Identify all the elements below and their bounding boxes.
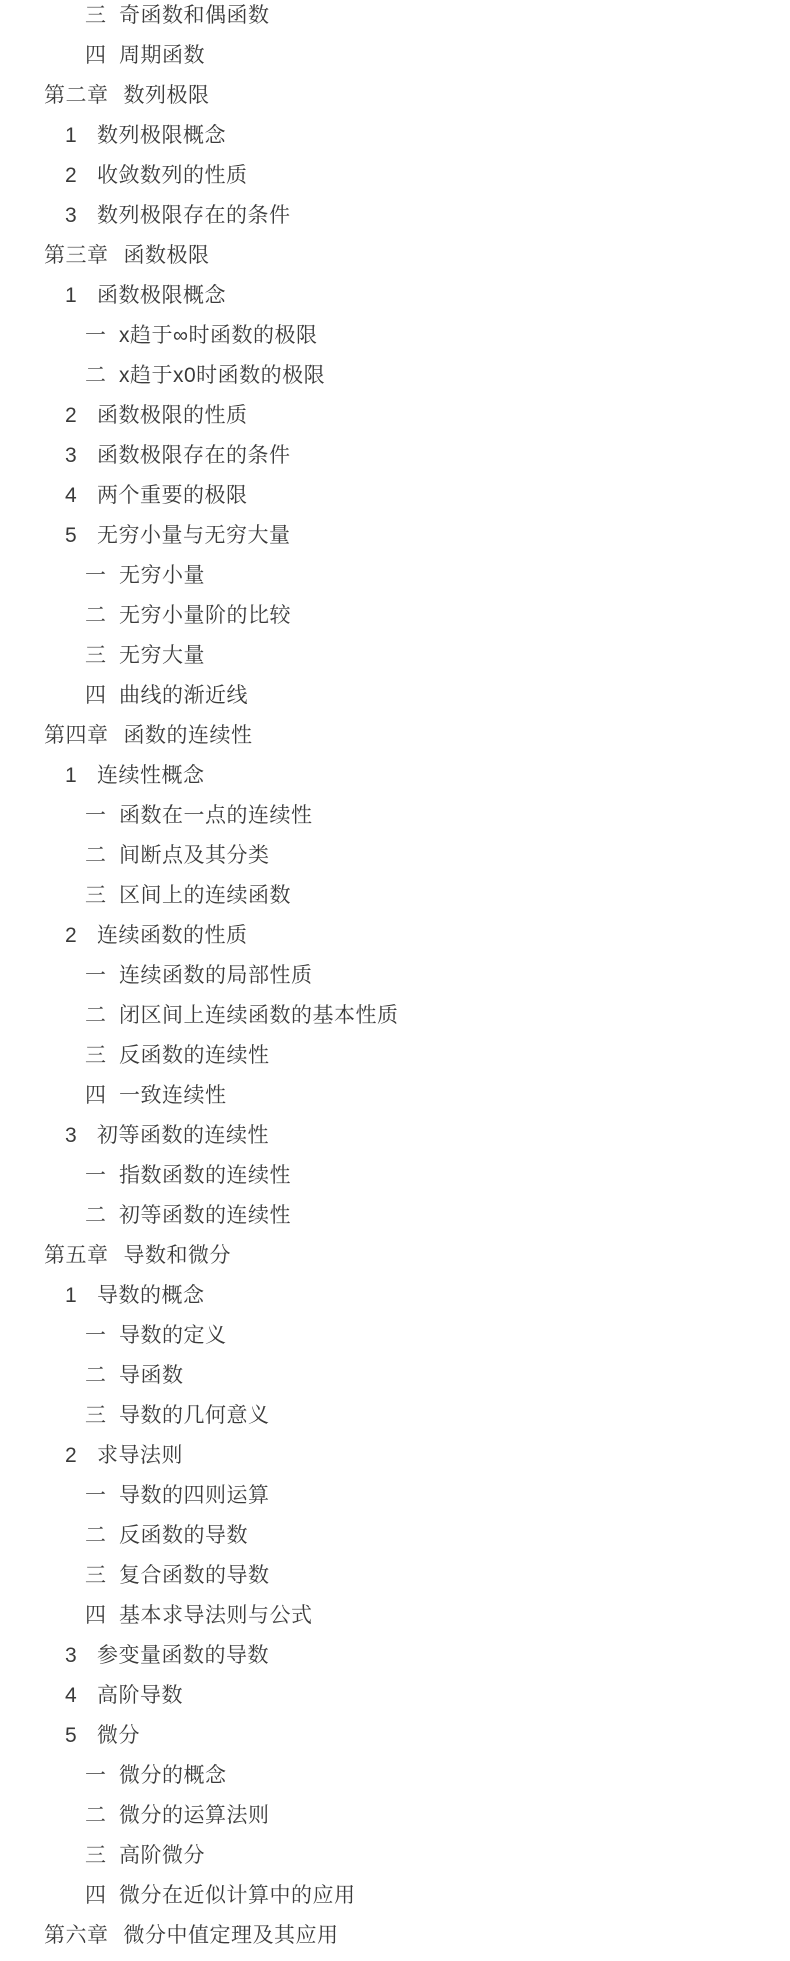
toc-item-subsection: 四曲线的渐近线	[0, 676, 790, 716]
toc-item-title: 导数的定义	[119, 1316, 227, 1356]
toc-item-title: 无穷小量与无穷大量	[97, 516, 291, 556]
toc-item-title: 函数极限	[124, 236, 210, 276]
toc-item-section: 2函数极限的性质	[0, 396, 790, 436]
toc-item-subsection: 三反函数的连续性	[0, 1036, 790, 1076]
toc-item-section: 1连续性概念	[0, 756, 790, 796]
toc-item-marker: 二	[85, 1516, 119, 1556]
toc-item-marker: 二	[85, 356, 119, 396]
toc-item-title: 基本求导法则与公式	[119, 1596, 313, 1636]
toc-item-section: 2收敛数列的性质	[0, 156, 790, 196]
toc-item-marker: 二	[85, 1796, 119, 1836]
toc-item-title: 复合函数的导数	[119, 1556, 270, 1596]
toc-item-title: 函数极限的性质	[97, 396, 248, 436]
toc-item-marker: 3	[65, 196, 97, 236]
toc-item-title: 导数的四则运算	[119, 1476, 270, 1516]
toc-item-subsection: 一x趋于∞时函数的极限	[0, 316, 790, 356]
toc-item-title: 区间上的连续函数	[119, 876, 291, 916]
toc-item-marker: 2	[65, 156, 97, 196]
toc-item-title: 连续性概念	[97, 756, 205, 796]
toc-item-title: 微分	[97, 1716, 140, 1756]
toc-item-marker: 一	[85, 1316, 119, 1356]
toc-item-marker: 2	[65, 1436, 97, 1476]
toc-item-title: 收敛数列的性质	[97, 156, 248, 196]
toc-item-subsection: 四周期函数	[0, 36, 790, 76]
toc-item-marker: 5	[65, 516, 97, 556]
toc-item-title: 初等函数的连续性	[119, 1196, 291, 1236]
table-of-contents: 三奇函数和偶函数四周期函数第二章数列极限1数列极限概念2收敛数列的性质3数列极限…	[0, 0, 790, 1956]
toc-item-title: 无穷小量阶的比较	[119, 596, 291, 636]
toc-item-title: 一致连续性	[119, 1076, 227, 1116]
toc-item-marker: 二	[85, 1196, 119, 1236]
toc-item-title: 反函数的连续性	[119, 1036, 270, 1076]
toc-item-chapter: 第六章微分中值定理及其应用	[0, 1916, 790, 1956]
toc-page: 三奇函数和偶函数四周期函数第二章数列极限1数列极限概念2收敛数列的性质3数列极限…	[0, 0, 790, 1961]
toc-item-subsection: 一导数的定义	[0, 1316, 790, 1356]
toc-item-marker: 一	[85, 316, 119, 356]
toc-item-marker: 三	[85, 1836, 119, 1876]
toc-item-marker: 二	[85, 596, 119, 636]
toc-item-chapter: 第五章导数和微分	[0, 1236, 790, 1276]
toc-item-marker: 二	[85, 996, 119, 1036]
toc-item-subsection: 一无穷小量	[0, 556, 790, 596]
toc-item-marker: 3	[65, 1116, 97, 1156]
toc-item-title: 连续函数的局部性质	[119, 956, 313, 996]
toc-item-title: 周期函数	[119, 36, 205, 76]
toc-item-marker: 一	[85, 1476, 119, 1516]
toc-item-title: 微分中值定理及其应用	[124, 1916, 339, 1956]
toc-item-title: x趋于∞时函数的极限	[119, 316, 317, 356]
toc-item-marker: 四	[85, 1076, 119, 1116]
toc-item-title: 微分的概念	[119, 1756, 227, 1796]
toc-item-subsection: 一连续函数的局部性质	[0, 956, 790, 996]
toc-item-section: 5无穷小量与无穷大量	[0, 516, 790, 556]
toc-item-chapter: 第二章数列极限	[0, 76, 790, 116]
toc-item-marker: 4	[65, 1676, 97, 1716]
toc-item-marker: 第六章	[44, 1916, 109, 1956]
toc-item-marker: 2	[65, 916, 97, 956]
toc-item-subsection: 二初等函数的连续性	[0, 1196, 790, 1236]
toc-item-marker: 第四章	[44, 716, 109, 756]
toc-item-marker: 三	[85, 636, 119, 676]
toc-item-section: 2求导法则	[0, 1436, 790, 1476]
toc-item-marker: 1	[65, 116, 97, 156]
toc-item-subsection: 三无穷大量	[0, 636, 790, 676]
toc-item-marker: 第二章	[44, 76, 109, 116]
toc-item-subsection: 三奇函数和偶函数	[0, 0, 790, 36]
toc-item-marker: 三	[85, 1036, 119, 1076]
toc-item-subsection: 一微分的概念	[0, 1756, 790, 1796]
toc-item-subsection: 二微分的运算法则	[0, 1796, 790, 1836]
toc-item-marker: 3	[65, 436, 97, 476]
toc-item-title: 数列极限概念	[97, 116, 226, 156]
toc-item-marker: 三	[85, 1396, 119, 1436]
toc-item-section: 1数列极限概念	[0, 116, 790, 156]
toc-item-marker: 1	[65, 1276, 97, 1316]
toc-item-title: 函数在一点的连续性	[119, 796, 313, 836]
toc-item-marker: 1	[65, 276, 97, 316]
toc-item-chapter: 第三章函数极限	[0, 236, 790, 276]
toc-item-title: 连续函数的性质	[97, 916, 248, 956]
toc-item-section: 4两个重要的极限	[0, 476, 790, 516]
toc-item-subsection: 四基本求导法则与公式	[0, 1596, 790, 1636]
toc-item-title: 无穷小量	[119, 556, 205, 596]
toc-item-marker: 四	[85, 676, 119, 716]
toc-item-marker: 四	[85, 36, 119, 76]
toc-item-title: 高阶导数	[97, 1676, 183, 1716]
toc-item-title: 初等函数的连续性	[97, 1116, 269, 1156]
toc-item-title: 两个重要的极限	[97, 476, 248, 516]
toc-item-title: 导数和微分	[124, 1236, 232, 1276]
toc-item-title: 导数的几何意义	[119, 1396, 270, 1436]
toc-item-marker: 第五章	[44, 1236, 109, 1276]
toc-item-title: 间断点及其分类	[119, 836, 270, 876]
toc-item-title: 导函数	[119, 1356, 184, 1396]
toc-item-marker: 一	[85, 1756, 119, 1796]
toc-item-marker: 二	[85, 836, 119, 876]
toc-item-title: 微分在近似计算中的应用	[119, 1876, 356, 1916]
toc-item-marker: 三	[85, 876, 119, 916]
toc-item-subsection: 三高阶微分	[0, 1836, 790, 1876]
toc-item-subsection: 三区间上的连续函数	[0, 876, 790, 916]
toc-item-marker: 一	[85, 956, 119, 996]
toc-item-section: 4高阶导数	[0, 1676, 790, 1716]
toc-item-title: 导数的概念	[97, 1276, 205, 1316]
toc-item-subsection: 二x趋于x0时函数的极限	[0, 356, 790, 396]
toc-item-title: 求导法则	[97, 1436, 183, 1476]
toc-item-subsection: 二反函数的导数	[0, 1516, 790, 1556]
toc-item-subsection: 一函数在一点的连续性	[0, 796, 790, 836]
toc-item-title: 函数的连续性	[124, 716, 253, 756]
toc-item-marker: 2	[65, 396, 97, 436]
toc-item-marker: 1	[65, 756, 97, 796]
toc-item-title: 参变量函数的导数	[97, 1636, 269, 1676]
toc-item-subsection: 二间断点及其分类	[0, 836, 790, 876]
toc-item-title: 微分的运算法则	[119, 1796, 270, 1836]
toc-item-marker: 3	[65, 1636, 97, 1676]
toc-item-title: 闭区间上连续函数的基本性质	[119, 996, 399, 1036]
toc-item-chapter: 第四章函数的连续性	[0, 716, 790, 756]
toc-item-title: 反函数的导数	[119, 1516, 248, 1556]
toc-item-subsection: 二闭区间上连续函数的基本性质	[0, 996, 790, 1036]
toc-item-section: 3数列极限存在的条件	[0, 196, 790, 236]
toc-item-marker: 5	[65, 1716, 97, 1756]
toc-item-title: 函数极限存在的条件	[97, 436, 291, 476]
toc-item-subsection: 四微分在近似计算中的应用	[0, 1876, 790, 1916]
toc-item-title: 高阶微分	[119, 1836, 205, 1876]
toc-item-marker: 四	[85, 1876, 119, 1916]
toc-item-section: 1导数的概念	[0, 1276, 790, 1316]
toc-item-title: 曲线的渐近线	[119, 676, 248, 716]
toc-item-subsection: 二导函数	[0, 1356, 790, 1396]
toc-item-title: 函数极限概念	[97, 276, 226, 316]
toc-item-title: 数列极限存在的条件	[97, 196, 291, 236]
toc-item-marker: 二	[85, 1356, 119, 1396]
toc-item-section: 5微分	[0, 1716, 790, 1756]
toc-item-title: x趋于x0时函数的极限	[119, 356, 325, 396]
toc-item-title: 无穷大量	[119, 636, 205, 676]
toc-item-section: 1函数极限概念	[0, 276, 790, 316]
toc-item-marker: 三	[85, 0, 119, 36]
toc-item-subsection: 二无穷小量阶的比较	[0, 596, 790, 636]
toc-item-subsection: 一指数函数的连续性	[0, 1156, 790, 1196]
toc-item-title: 指数函数的连续性	[119, 1156, 291, 1196]
toc-item-section: 2连续函数的性质	[0, 916, 790, 956]
toc-item-marker: 一	[85, 556, 119, 596]
toc-item-marker: 三	[85, 1556, 119, 1596]
toc-item-subsection: 三复合函数的导数	[0, 1556, 790, 1596]
toc-item-subsection: 三导数的几何意义	[0, 1396, 790, 1436]
toc-item-section: 3参变量函数的导数	[0, 1636, 790, 1676]
toc-item-marker: 第三章	[44, 236, 109, 276]
toc-item-marker: 四	[85, 1596, 119, 1636]
toc-item-title: 奇函数和偶函数	[119, 0, 270, 36]
toc-item-subsection: 四一致连续性	[0, 1076, 790, 1116]
toc-item-section: 3函数极限存在的条件	[0, 436, 790, 476]
toc-item-section: 3初等函数的连续性	[0, 1116, 790, 1156]
toc-item-marker: 一	[85, 1156, 119, 1196]
toc-item-marker: 4	[65, 476, 97, 516]
toc-item-subsection: 一导数的四则运算	[0, 1476, 790, 1516]
toc-item-title: 数列极限	[124, 76, 210, 116]
toc-item-marker: 一	[85, 796, 119, 836]
